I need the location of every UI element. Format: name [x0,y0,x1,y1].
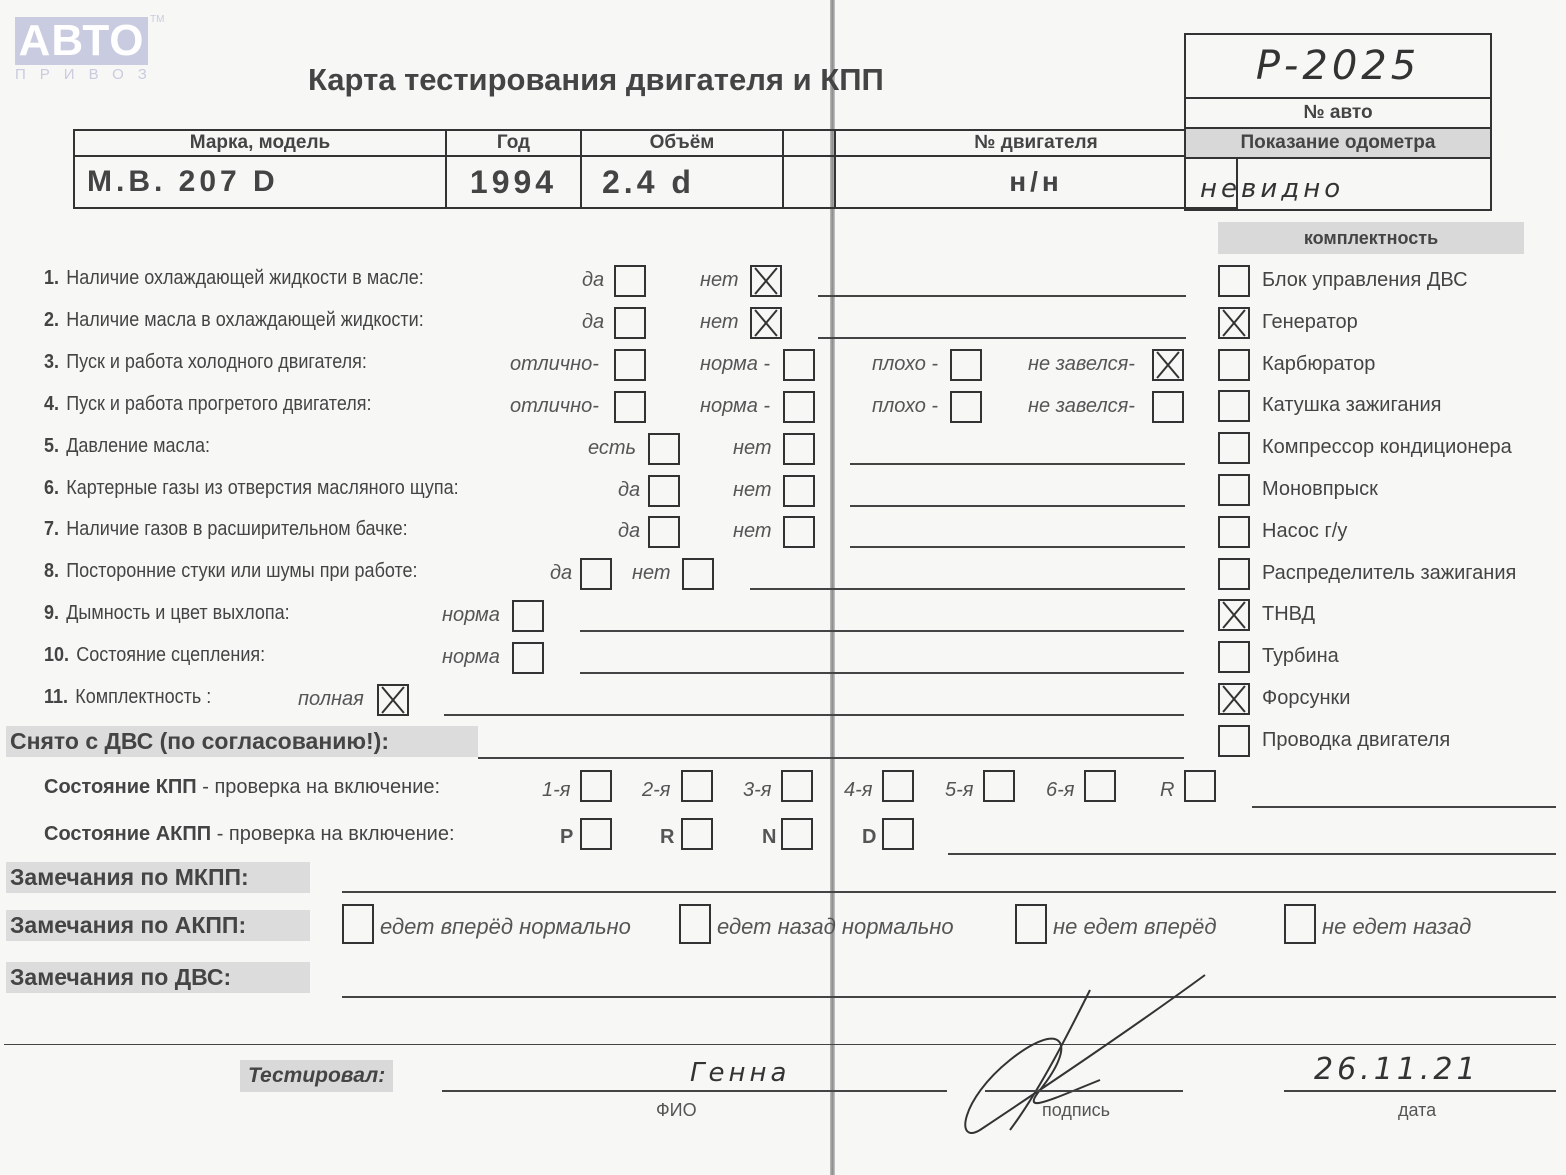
check-label: Картерные газы из отверстия масляного щу… [66,477,458,499]
check-box[interactable] [783,349,815,381]
check-row-label: 3.Пуск и работа холодного двигателя: [44,351,367,374]
gear-checkbox[interactable] [1084,770,1116,802]
check-box[interactable] [580,558,612,590]
check-label: Наличие газов в расширительном бачке: [66,518,407,540]
gear-label: 3-я [743,779,771,802]
check-box[interactable] [648,516,680,548]
gear-checkbox[interactable] [781,770,813,802]
auto-box: Р-2025 № авто Показание одометра невидно [1184,33,1492,211]
akpp-remark-checkbox[interactable] [679,904,711,944]
option-label: норма - [700,353,770,376]
mode-checkbox[interactable] [781,818,813,850]
plate-value[interactable]: Р-2025 [1186,35,1490,99]
gear-checkbox[interactable] [882,770,914,802]
komplektnost-checkbox[interactable] [1218,307,1250,339]
check-number: 3. [44,351,59,373]
check-row-label: 4.Пуск и работа прогретого двигателя: [44,393,372,416]
check-row-label: 7.Наличие газов в расширительном бачке: [44,518,408,541]
logo-subtitle: ПРИВОЗ [15,66,155,83]
option-label: норма - [700,395,770,418]
check-box[interactable] [750,307,782,339]
gear-label: 1-я [542,779,570,802]
option-label: нет [700,269,739,292]
check-label: Наличие охлаждающей жидкости в масле: [66,267,424,289]
check-box[interactable] [512,642,544,674]
check-label: Пуск и работа прогретого двигателя: [66,393,371,415]
answer-line[interactable] [818,337,1186,339]
removed-label: Снято с ДВС (по согласованию!): [6,726,478,757]
komplektnost-item-label: Генератор [1262,311,1358,334]
mode-label: R [660,826,674,849]
komplektnost-item-label: Насос г/у [1262,520,1347,543]
check-row-label: 9.Дымность и цвет выхлопа: [44,602,290,625]
kpp-bold: Состояние КПП [44,776,197,798]
check-box[interactable] [750,265,782,297]
option-label: полная [298,688,364,711]
check-row-label: 11.Комплектность : [44,686,211,709]
check-box[interactable] [512,600,544,632]
akpp-remark-checkbox[interactable] [1284,904,1316,944]
komplektnost-checkbox[interactable] [1218,516,1250,548]
gear-label: 6-я [1046,779,1074,802]
check-row-label: 6.Картерные газы из отверстия масляного … [44,477,459,500]
gear-label: R [1160,779,1174,802]
check-label: Комплектность : [75,686,211,708]
check-row-label: 2.Наличие масла в охлаждающей жидкости: [44,309,424,332]
col-engine-number: № двигателя [835,130,1237,156]
tester-name-value[interactable]: Генна [690,1058,790,1088]
check-row-label: 8.Посторонние стуки или шумы при работе: [44,560,418,583]
option-label: отлично- [510,395,599,418]
logo: АВТО [15,17,148,65]
komplektnost-item-label: Компрессор кондиционера [1262,436,1512,459]
option-label: нет [733,437,772,460]
col-year: Год [446,130,581,156]
col-make-model: Марка, модель [74,130,446,156]
option-label: нет [632,562,671,585]
gear-label: 2-я [642,779,670,802]
remarks-mkpp-label: Замечания по МКПП: [6,862,310,893]
vehicle-info-table: Марка, модель Год Объём № двигателя М.В.… [73,129,1238,209]
komplektnost-checkbox[interactable] [1218,349,1250,381]
answer-line[interactable] [850,546,1185,548]
signature-caption: подпись [1042,1100,1110,1121]
check-number: 9. [44,602,59,624]
option-label: есть [588,437,636,460]
komplektnost-checkbox[interactable] [1218,265,1250,297]
komplektnost-checkbox[interactable] [1218,641,1250,673]
check-box[interactable] [377,684,409,716]
mode-checkbox[interactable] [580,818,612,850]
akpp-bold: Состояние АКПП [44,823,211,845]
akpp-remark-label: не едет назад [1322,914,1471,940]
make-model-value[interactable]: М.В. 207 D [74,156,446,208]
check-box[interactable] [614,349,646,381]
option-label: не завелся- [1028,353,1135,376]
komplektnost-item-label: Форсунки [1262,687,1350,710]
gear-checkbox[interactable] [580,770,612,802]
col-volume: Объём [581,130,783,156]
akpp-remark-label: не едет вперёд [1053,914,1217,940]
check-box[interactable] [1152,349,1184,381]
remarks-dvs-label: Замечания по ДВС: [6,962,310,993]
komplektnost-checkbox[interactable] [1218,558,1250,590]
answer-line[interactable] [850,505,1185,507]
komplektnost-checkbox[interactable] [1218,599,1250,631]
akpp-rest: - проверка на включение: [211,823,454,845]
check-box[interactable] [783,475,815,507]
komplektnost-item-label: ТНВД [1262,603,1315,626]
answer-line[interactable] [750,588,1185,590]
option-label: да [618,479,640,502]
check-box[interactable] [614,391,646,423]
check-box[interactable] [614,307,646,339]
check-box[interactable] [783,391,815,423]
year-value[interactable]: 1994 [446,156,581,208]
check-number: 7. [44,518,59,540]
check-number: 5. [44,435,59,457]
komplektnost-item-label: Проводка двигателя [1262,729,1450,752]
check-number: 4. [44,393,59,415]
akpp-remark-checkbox[interactable] [1015,904,1047,944]
akpp-remark-label: едет вперёд нормально [380,914,631,940]
odometer-value[interactable]: невидно [1186,159,1490,209]
mode-label: D [862,826,876,849]
komplektnost-checkbox[interactable] [1218,432,1250,464]
tested-by-label: Тестировал: [240,1060,393,1092]
name-caption: ФИО [656,1100,697,1121]
komplektnost-item-label: Моновпрыск [1262,478,1378,501]
gear-checkbox[interactable] [681,770,713,802]
check-label: Давление масла: [66,435,210,457]
komplektnost-checkbox[interactable] [1218,725,1250,757]
check-box[interactable] [783,516,815,548]
check-label: Наличие масла в охлаждающей жидкости: [66,309,424,331]
komplektnost-item-label: Катушка зажигания [1262,394,1442,417]
mode-checkbox[interactable] [882,818,914,850]
option-label: не завелся- [1028,395,1135,418]
option-label: да [550,562,572,585]
komplektnost-item-label: Карбюратор [1262,353,1375,376]
remarks-akpp-label: Замечания по АКПП: [6,910,310,941]
odometer-label: Показание одометра [1186,129,1490,159]
check-box[interactable] [614,265,646,297]
check-row-label: 10.Состояние сцепления: [44,644,265,667]
mode-label: N [762,826,776,849]
gear-checkbox[interactable] [983,770,1015,802]
check-box[interactable] [1152,391,1184,423]
check-number: 11. [44,686,68,708]
answer-line[interactable] [580,630,1184,632]
date-value[interactable]: 26.11.21 [1314,1052,1480,1087]
gear-label: 5-я [945,779,973,802]
check-label: Состояние сцепления: [76,644,265,666]
check-number: 8. [44,560,59,582]
option-label: плохо - [872,353,938,376]
check-number: 1. [44,267,59,289]
check-box[interactable] [950,349,982,381]
answer-line[interactable] [850,463,1185,465]
option-label: отлично- [510,353,599,376]
option-label: да [618,520,640,543]
col-blank [783,130,835,156]
check-box[interactable] [682,558,714,590]
check-box[interactable] [950,391,982,423]
option-label: нет [700,311,739,334]
akpp-remark-label: едет назад нормально [717,914,954,940]
check-label: Пуск и работа холодного двигателя: [66,351,367,373]
page-title: Карта тестирования двигателя и КПП [308,62,884,98]
kpp-label: Состояние КПП - проверка на включение: [44,776,440,799]
check-row-label: 1.Наличие охлаждающей жидкости в масле: [44,267,424,290]
check-box[interactable] [783,433,815,465]
check-number: 10. [44,644,69,666]
komplektnost-checkbox[interactable] [1218,683,1250,715]
check-box[interactable] [648,475,680,507]
akpp-label: Состояние АКПП - проверка на включение: [44,823,455,846]
blank-value [783,156,835,208]
option-label: нет [733,479,772,502]
answer-line[interactable] [818,295,1186,297]
gear-label: 4-я [844,779,872,802]
check-label: Дымность и цвет выхлопа: [66,602,289,624]
plate-label: № авто [1186,99,1490,129]
option-label: да [582,269,604,292]
komplektnost-item-label: Турбина [1262,645,1339,668]
check-number: 6. [44,477,59,499]
option-label: да [582,311,604,334]
engine-number-value[interactable]: н/н [835,156,1237,208]
answer-line[interactable] [580,672,1184,674]
komplektnost-header: комплектность [1218,222,1524,254]
check-label: Посторонние стуки или шумы при работе: [66,560,417,582]
akpp-remark-checkbox[interactable] [342,904,374,944]
answer-line[interactable] [444,714,1184,716]
gear-checkbox[interactable] [1184,770,1216,802]
kpp-rest: - проверка на включение: [197,776,440,798]
logo-tm: TM [150,14,164,25]
option-label: нет [733,520,772,543]
komplektnost-checkbox[interactable] [1218,390,1250,422]
option-label: норма [442,646,500,669]
option-label: плохо - [872,395,938,418]
komplektnost-item-label: Распределитель зажигания [1262,562,1516,585]
option-label: норма [442,604,500,627]
date-caption: дата [1398,1100,1436,1121]
check-number: 2. [44,309,59,331]
volume-value[interactable]: 2.4 d [581,156,783,208]
komplektnost-checkbox[interactable] [1218,474,1250,506]
mode-label: P [560,826,573,849]
mode-checkbox[interactable] [681,818,713,850]
komplektnost-item-label: Блок управления ДВС [1262,269,1468,292]
check-box[interactable] [648,433,680,465]
check-row-label: 5.Давление масла: [44,435,210,458]
